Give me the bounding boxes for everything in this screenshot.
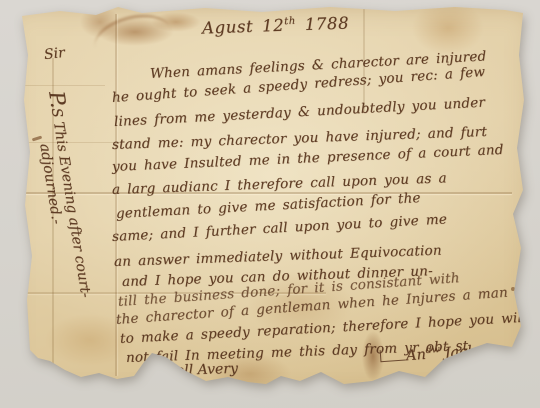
letter-date: Agust 12th 1788 <box>202 13 350 37</box>
signature-prefix: An <box>406 347 427 364</box>
photo-background: Agust 12th 1788 Sir P.S This Evening aft… <box>0 0 540 408</box>
letter-paper-sheet: Agust 12th 1788 Sir P.S This Evening aft… <box>0 0 540 408</box>
signature-superscript: dw <box>425 344 440 356</box>
date-superscript: th <box>284 16 296 27</box>
handwriting-layer: Agust 12th 1788 Sir P.S This Evening aft… <box>0 0 540 408</box>
signature-suffix: Jackson <box>440 342 502 362</box>
date-prefix: Agust 12 <box>202 16 285 38</box>
date-suffix: 1788 <box>296 13 350 34</box>
letter-postscript: P.S This Evening after court- adjourned.… <box>27 90 96 302</box>
letter-salutation: Sir <box>43 45 65 63</box>
letter-closing: Coll Avery <box>165 361 238 380</box>
letter-paper: Agust 12th 1788 Sir P.S This Evening aft… <box>0 0 540 408</box>
signature-flourish <box>380 348 406 362</box>
